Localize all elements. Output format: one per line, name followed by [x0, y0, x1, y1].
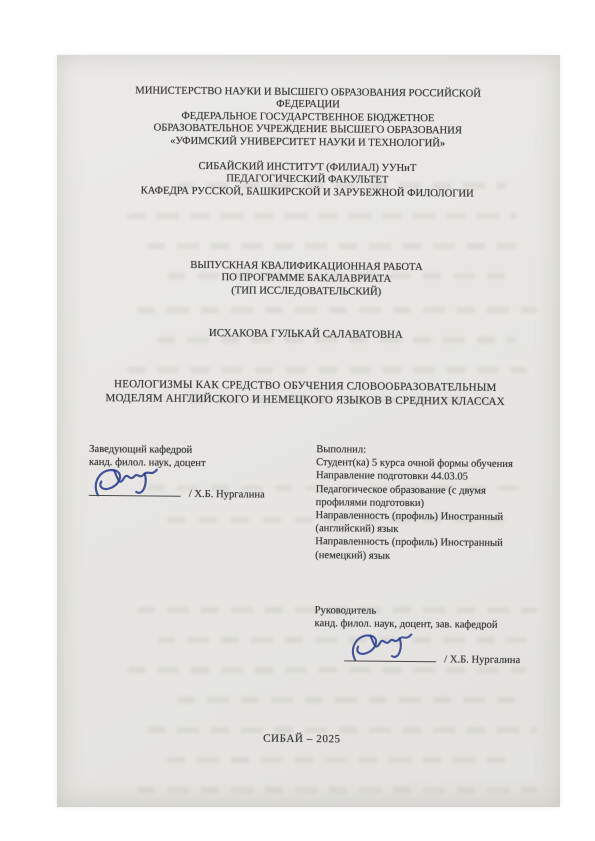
student-info-block: Выполнил: Студент(ка) 5 курса очной форм…: [315, 443, 556, 564]
supervisor-signature-row: / Х.Б. Нургалина: [314, 648, 564, 668]
city-year: СИБАЙ – 2025: [50, 731, 553, 748]
supervisor-signature-name: / Х.Б. Нургалина: [444, 655, 520, 667]
department-head-degree: канд. филол. наук, доцент: [89, 456, 314, 471]
photo-background: МИНИСТЕРСТВО НАУКИ И ВЫСШЕГО ОБРАЗОВАНИЯ…: [0, 0, 595, 841]
student-info-line: (немецкий) язык: [315, 549, 555, 565]
author-name: ИСХАКОВА ГУЛЬКАЙ САЛАВАТОВНА: [54, 326, 557, 343]
department-head-signature-row: / Х.Б. Нургалина: [89, 483, 314, 502]
institute-header: СИБАЙСКИЙ ИНСТИТУТ (ФИЛИАЛ) УУНиТ ПЕДАГО…: [56, 160, 559, 202]
department-head-block: Заведующий кафедрой канд. филол. наук, д…: [89, 443, 315, 503]
signature-line: [344, 649, 436, 663]
document-page: МИНИСТЕРСТВО НАУКИ И ВЫСШЕГО ОБРАЗОВАНИЯ…: [57, 55, 560, 807]
page-content: МИНИСТЕРСТВО НАУКИ И ВЫСШЕГО ОБРАЗОВАНИЯ…: [50, 53, 560, 810]
department-head-signature-name: / Х.Б. Нургалина: [189, 489, 265, 501]
supervisor-block: Руководитель канд. филол. наук, доцент, …: [314, 604, 565, 668]
supervisor-degree: канд. филол. наук, доцент, зав. кафедрой: [314, 617, 564, 633]
ministry-header: МИНИСТЕРСТВО НАУКИ И ВЫСШЕГО ОБРАЗОВАНИЯ…: [56, 85, 560, 152]
work-type-block: ВЫПУСКНАЯ КВАЛИФИКАЦИОННАЯ РАБОТА ПО ПРО…: [55, 259, 558, 301]
signature-line: [89, 483, 181, 497]
thesis-title: НЕОЛОГИЗМЫ КАК СРЕДСТВО ОБУЧЕНИЯ СЛОВООБ…: [54, 378, 557, 410]
